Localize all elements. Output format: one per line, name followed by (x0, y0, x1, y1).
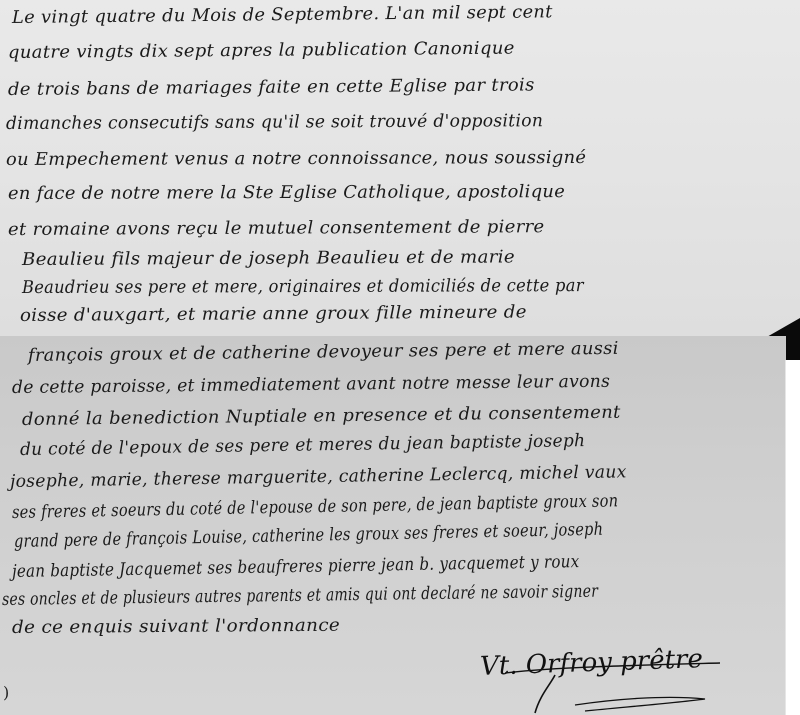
text-line: jean baptiste Jacquemet ses beaufreres p… (12, 552, 580, 582)
text-line: donné la benediction Nuptiale en presenc… (22, 403, 621, 430)
text-line: dimanches consecutifs sans qu'il se soit… (6, 111, 543, 134)
margin-mark: ) (3, 683, 9, 702)
text-line: de cette paroisse, et immediatement avan… (12, 372, 610, 398)
text-line: Beaulieu fils majeur de joseph Beaulieu … (22, 247, 515, 270)
text-line: en face de notre mere la Ste Eglise Cath… (8, 182, 565, 204)
text-line: et romaine avons reçu le mutuel consente… (8, 217, 545, 240)
text-line: grand pere de françois Louise, catherine… (14, 520, 604, 552)
scan-white-edge (785, 360, 800, 715)
text-line: françois groux et de catherine devoyeur … (28, 339, 619, 366)
text-line: de trois bans de mariages faite en cette… (8, 75, 535, 100)
text-line: ou Empechement venus a notre connoissanc… (6, 148, 586, 170)
upper-register-sheet: Le vingt quatre du Mois de Septembre. L'… (0, 0, 800, 336)
text-line: ses oncles et de plusieurs autres parent… (2, 582, 598, 610)
text-line: Beaudrieu ses pere et mere, originaires … (22, 276, 584, 298)
text-line: oisse d'auxgart, et marie anne groux fil… (20, 302, 527, 326)
signature-flourish-icon (495, 655, 725, 715)
text-line: ses freres et soeurs du coté de l'epouse… (12, 491, 619, 523)
text-line: du coté de l'epoux de ses pere et meres … (20, 431, 586, 460)
text-line: Le vingt quatre du Mois de Septembre. L'… (12, 2, 553, 28)
text-line: quatre vingts dix sept apres la publicat… (8, 39, 515, 63)
text-line: de ce enquis suivant l'ordonnance (12, 616, 340, 638)
text-line: josephe, marie, therese marguerite, cath… (10, 462, 627, 492)
